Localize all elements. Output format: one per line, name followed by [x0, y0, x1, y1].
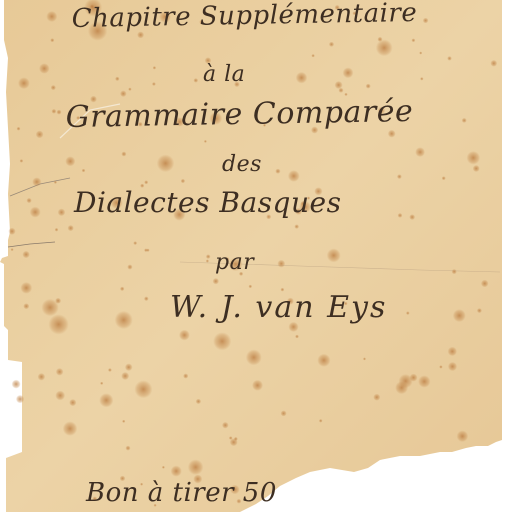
foxing-stain [204, 140, 207, 143]
foxing-stain [490, 60, 497, 67]
foxing-stain [48, 314, 68, 334]
foxing-stain [144, 296, 149, 301]
foxing-stain [473, 165, 480, 172]
foxing-stain [343, 67, 354, 78]
foxing-stain [108, 368, 112, 372]
foxing-stain [418, 375, 430, 387]
foxing-stain [439, 365, 442, 368]
foxing-stain [153, 66, 156, 69]
foxing-stain [179, 330, 190, 341]
foxing-stain [288, 170, 300, 182]
foxing-stain [54, 181, 57, 184]
foxing-stain [452, 269, 457, 274]
foxing-stain [30, 207, 41, 218]
foxing-stain [16, 395, 24, 403]
foxing-stain [162, 466, 165, 469]
foxing-stain [206, 254, 211, 259]
foxing-stain [82, 169, 86, 173]
foxing-stain [339, 88, 344, 93]
foxing-stain [363, 357, 366, 360]
foxing-stain [234, 437, 238, 441]
foxing-stain [128, 88, 131, 91]
foxing-stain [126, 446, 131, 451]
foxing-stain [317, 354, 330, 367]
foxing-stain [51, 85, 56, 90]
foxing-stain [246, 349, 262, 365]
foxing-stain [295, 335, 299, 339]
foxing-stain [122, 420, 125, 423]
foxing-stain [453, 309, 466, 322]
foxing-stain [213, 278, 219, 284]
foxing-stain [412, 38, 416, 42]
foxing-stain [8, 228, 15, 235]
foxing-stain [125, 363, 133, 371]
foxing-stain [121, 372, 129, 380]
foxing-stain [275, 169, 280, 174]
foxing-stain [69, 399, 76, 406]
foxing-stain [134, 380, 152, 398]
foxing-stain [17, 127, 21, 131]
foxing-stain [419, 52, 422, 55]
title-line-a-la: à la [203, 62, 245, 87]
foxing-stain [32, 177, 41, 186]
foxing-stain [57, 110, 62, 115]
foxing-stain [229, 436, 233, 440]
foxing-stain [395, 381, 408, 394]
foxing-stain [23, 303, 29, 309]
foxing-stain [329, 42, 334, 47]
foxing-stain [120, 287, 124, 291]
foxing-stain [171, 466, 182, 477]
foxing-stain [100, 382, 103, 385]
foxing-stain [462, 118, 467, 123]
foxing-stain [18, 77, 30, 89]
foxing-stain [457, 430, 469, 442]
foxing-stain [144, 248, 148, 252]
foxing-stain [127, 264, 132, 269]
manuscript-page: Chapitre Supplémentaire à la Grammaire C… [0, 0, 512, 512]
foxing-stain [152, 82, 156, 86]
foxing-stain [447, 56, 452, 61]
foxing-stain [409, 214, 415, 220]
foxing-stain [373, 394, 380, 401]
author-name: W. J. van Eys [170, 290, 387, 325]
foxing-stain [68, 225, 74, 231]
foxing-stain [477, 308, 482, 313]
foxing-stain [56, 368, 64, 376]
foxing-stain [181, 179, 185, 183]
foxing-stain [281, 410, 287, 416]
foxing-stain [99, 393, 113, 407]
foxing-stain [157, 155, 175, 173]
foxing-stain [376, 39, 393, 56]
foxing-stain [420, 77, 423, 80]
foxing-stain [194, 78, 199, 83]
foxing-stain [38, 373, 46, 381]
foxing-stain [63, 421, 78, 436]
foxing-stain [397, 174, 402, 179]
foxing-stain [50, 38, 54, 42]
foxing-stain [448, 362, 457, 371]
foxing-stain [196, 399, 201, 404]
foxing-stain [294, 224, 299, 229]
foxing-stain [406, 311, 410, 315]
foxing-stain [252, 380, 263, 391]
foxing-stain [65, 156, 75, 166]
foxing-stain [277, 260, 285, 268]
foxing-stain [183, 373, 188, 378]
foxing-stain [115, 77, 119, 81]
foxing-stain [415, 147, 425, 157]
foxing-stain [144, 180, 148, 184]
foxing-stain [39, 63, 50, 74]
foxing-stain [448, 347, 457, 356]
foxing-stain [20, 282, 32, 294]
foxing-stain [213, 332, 231, 350]
foxing-stain [366, 84, 371, 89]
foxing-stain [319, 419, 323, 423]
foxing-stain [120, 90, 127, 97]
foxing-stain [52, 109, 57, 114]
printing-annotation: Bon à tirer 50 [86, 478, 277, 508]
foxing-stain [206, 259, 209, 262]
foxing-stain [442, 176, 446, 180]
foxing-stain [423, 18, 429, 24]
foxing-stain [188, 459, 204, 475]
foxing-stain [249, 285, 253, 289]
foxing-stain [222, 422, 229, 429]
foxing-stain [481, 280, 489, 288]
foxing-stain [55, 391, 65, 401]
foxing-stain [467, 151, 481, 165]
foxing-stain [327, 248, 341, 262]
foxing-stain [46, 11, 57, 22]
foxing-stain [398, 213, 403, 218]
foxing-stain [41, 299, 58, 316]
foxing-stain [311, 54, 314, 57]
foxing-stain [121, 152, 126, 157]
foxing-stain [335, 81, 343, 89]
foxing-stain [133, 241, 137, 245]
byline-par: par [215, 250, 254, 275]
foxing-stain [58, 209, 66, 217]
foxing-stain [36, 131, 44, 139]
foxing-stain [388, 130, 396, 138]
foxing-stain [27, 198, 32, 203]
paper-sheet [0, 0, 512, 512]
title-line-des: des [222, 152, 262, 177]
title-line-grammaire: Grammaire Comparée [65, 94, 413, 135]
foxing-stain [20, 159, 24, 163]
foxing-stain [22, 251, 29, 258]
foxing-stain [12, 380, 21, 389]
foxing-stain [115, 311, 133, 329]
foxing-stain [296, 72, 308, 84]
title-line-dialectes: Dialectes Basques [74, 186, 341, 219]
foxing-stain [11, 248, 14, 251]
foxing-stain [55, 228, 59, 232]
